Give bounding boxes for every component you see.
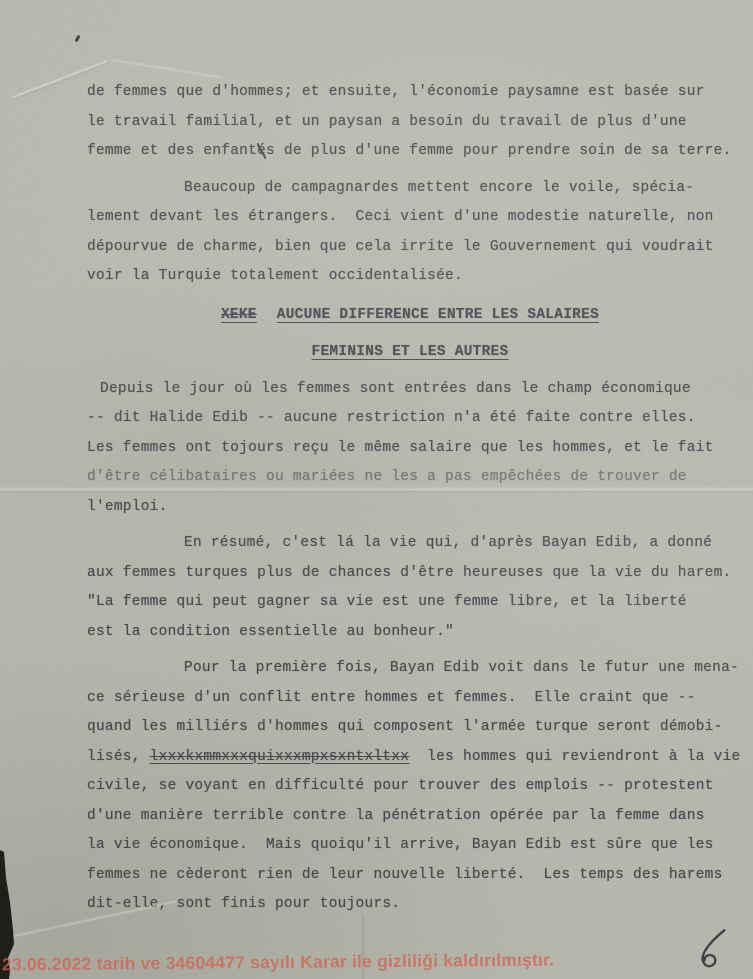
ink-speck xyxy=(75,35,81,43)
text-line: est la condition essentielle au bonheur.… xyxy=(87,618,733,648)
scanned-document-page: de femmes que d'hommes; et ensuite, l'éc… xyxy=(0,0,753,979)
heading-line-1: XEKEAUCUNE DIFFERENCE ENTRE LES SALAIRES xyxy=(87,301,733,331)
text-line: la vie économique. Mais quoiqu'il arrive… xyxy=(87,831,733,861)
section-heading: XEKEAUCUNE DIFFERENCE ENTRE LES SALAIRES… xyxy=(87,301,733,368)
typed-over-strikeout: lxxxkxmmxxxquixxxmpxsxntxltxx xyxy=(150,749,410,765)
handwritten-page-number xyxy=(697,926,728,973)
text-line: lisés, lxxxkxmmxxxquixxxmpxsxntxltxx les… xyxy=(87,743,733,773)
text-line: -- dit Halide Edib -- aucune restriction… xyxy=(87,404,733,434)
text-line: quand les milliérs d'hommes qui composen… xyxy=(87,713,733,743)
heading-text: FEMININS ET LES AUTRES xyxy=(312,344,509,360)
text-line: de femmes que d'hommes; et ensuite, l'éc… xyxy=(87,78,733,108)
overstruck-char: é xyxy=(257,143,266,159)
text-segment: s de plus d'une femme pour prendre soin … xyxy=(266,143,731,159)
text-line: Beaucoup de campagnardes mettent encore … xyxy=(87,174,733,204)
text-line: femmes ne cèderont rien de leur nouvelle… xyxy=(87,861,733,891)
text-line: ce sérieuse d'un conflit entre hommes et… xyxy=(87,684,733,714)
crease-line xyxy=(112,59,221,78)
paragraph-4: En résumé, c'est lá la vie qui, d'après … xyxy=(87,529,733,647)
text-segment: femme et des enfant xyxy=(87,143,257,159)
text-line: Depuis le jour où les femmes sont entrée… xyxy=(87,375,733,405)
document-text: de femmes que d'hommes; et ensuite, l'éc… xyxy=(87,78,733,920)
text-line: l'emploi. xyxy=(87,493,733,523)
heading-text: AUCUNE DIFFERENCE ENTRE LES SALAIRES xyxy=(277,307,599,323)
text-segment: lisés, xyxy=(87,749,150,765)
text-line: le travail familial, et un paysan a beso… xyxy=(87,108,733,138)
paragraph-3: Depuis le jour où les femmes sont entrée… xyxy=(87,375,733,523)
paragraph-5: Pour la première fois, Bayan Edib voit d… xyxy=(87,654,733,920)
paragraph-2: Beaucoup de campagnardes mettent encore … xyxy=(87,174,733,292)
declassification-stamp-text: 23.06.2022 tarih ve 34604477 sayılı Kara… xyxy=(2,950,554,976)
text-line: femme et des enfantés de plus d'une femm… xyxy=(87,137,733,167)
paragraph-1: de femmes que d'hommes; et ensuite, l'éc… xyxy=(87,78,733,167)
text-line: dit-elle, sont finis pour toujours. xyxy=(87,890,733,920)
text-line: "La femme qui peut gagner sa vie est une… xyxy=(87,588,733,618)
text-segment: les hommes qui reviendront à la vie xyxy=(409,749,740,765)
text-line: dépourvue de charme, bien que cela irrit… xyxy=(87,233,733,263)
text-line: Les femmes ont tojours reçu le même sala… xyxy=(87,434,733,464)
heading-line-2: FEMININS ET LES AUTRES xyxy=(87,338,733,368)
text-line: Pour la première fois, Bayan Edib voit d… xyxy=(87,654,733,684)
text-line: aux femmes turques plus de chances d'êtr… xyxy=(87,559,733,589)
text-line: d'une manière terrible contre la pénétra… xyxy=(87,802,733,832)
text-line: En résumé, c'est lá la vie qui, d'après … xyxy=(87,529,733,559)
text-line: d'être célibataires ou mariées ne les a … xyxy=(87,463,733,493)
text-line: lement devant les étrangers. Ceci vient … xyxy=(87,203,733,233)
text-line: voir la Turquie totalement occidentalisé… xyxy=(87,262,733,292)
struck-out-word: XEKE xyxy=(221,307,257,323)
text-line: civile, se voyant en difficulté pour tro… xyxy=(87,772,733,802)
